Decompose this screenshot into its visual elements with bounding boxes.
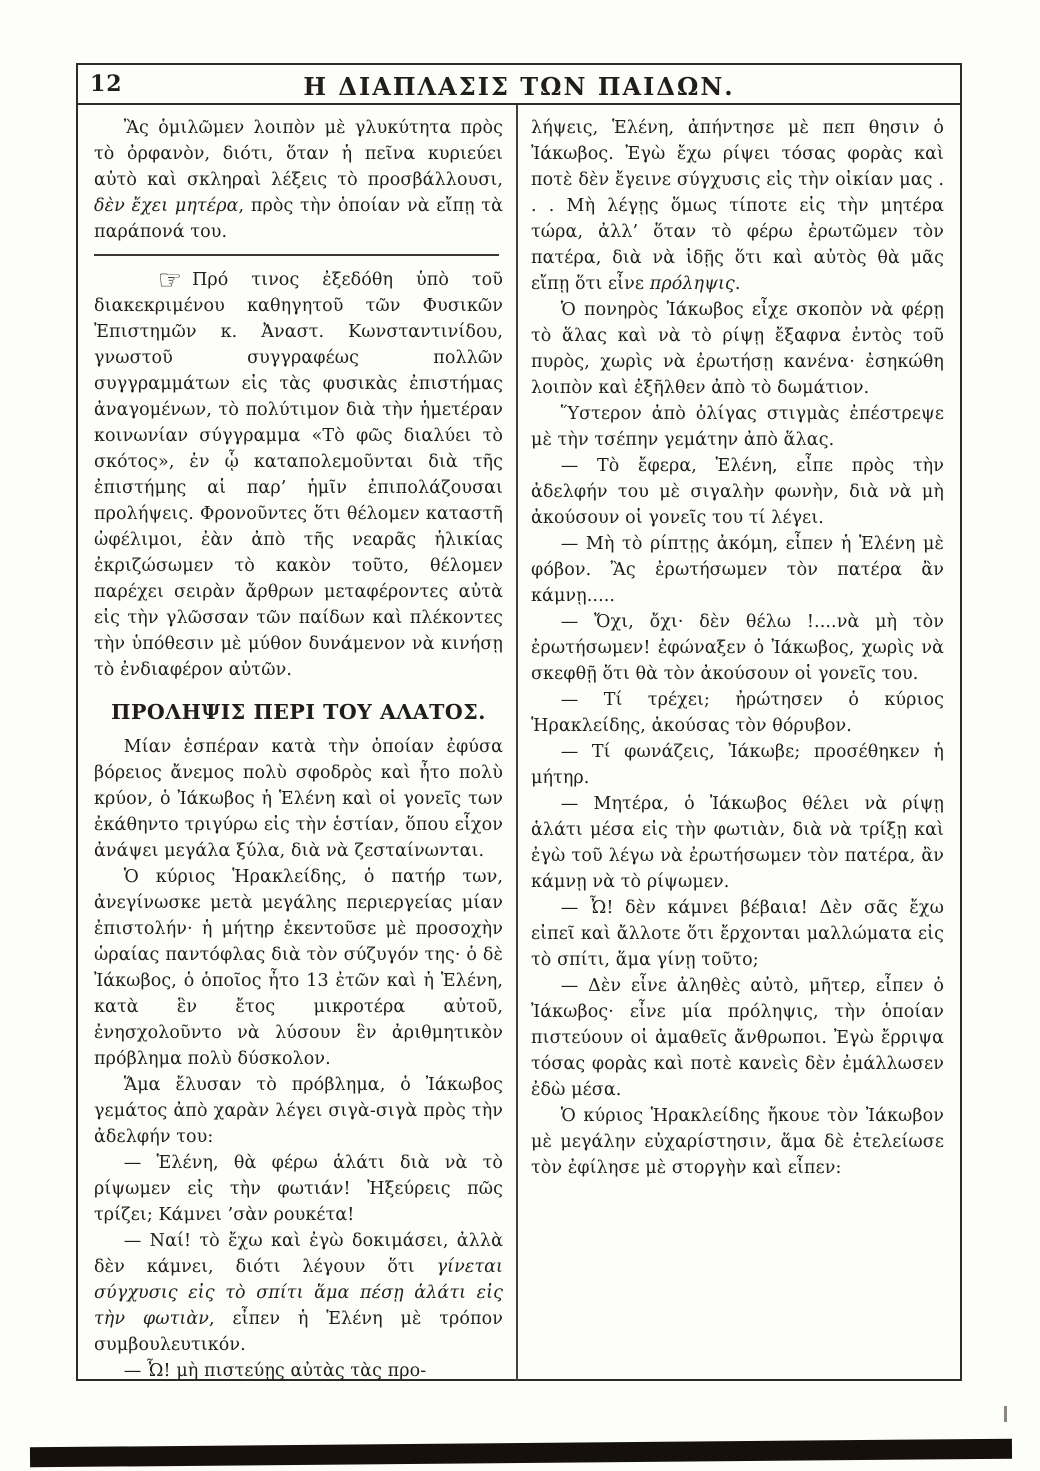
notice-text: Πρό τινος ἐξεδόθη ὑπὸ τοῦ διακεκριμένου … — [94, 270, 503, 680]
scan-artifact-bar — [30, 1439, 1012, 1468]
page-frame: 12 Η ΔΙΑΠΛΑΣΙΣ ΤΩΝ ΠΑΙΔΩΝ. Ἂς ὁμιλῶμεν λ… — [76, 63, 962, 1381]
publication-notice: ☞Πρό τινος ἐξεδόθη ὑπὸ τοῦ διακεκριμένου… — [94, 267, 503, 683]
dialogue-line: — Τί τρέχει; ἠρώτησεν ὁ κύριος Ἡρακλείδη… — [531, 687, 944, 739]
right-column: λήψεις, Ἑλένη, ἀπήντησε μὲ πεπ θησιν ὁ Ἰ… — [518, 105, 960, 1381]
dialogue-line: — Μὴ τὸ ρίπτῃς ἀκόμη, εἶπεν ἡ Ἑλένη μὲ φ… — [531, 531, 944, 609]
masthead-title: Η ΔΙΑΠΛΑΣΙΣ ΤΩΝ ΠΑΙΔΩΝ. — [78, 65, 960, 101]
text-columns: Ἂς ὁμιλῶμεν λοιπὸν μὲ γλυκύτητα πρὸς τὸ … — [78, 105, 960, 1381]
scanned-page: 12 Η ΔΙΑΠΛΑΣΙΣ ΤΩΝ ΠΑΙΔΩΝ. Ἂς ὁμιλῶμεν λ… — [0, 0, 1040, 1471]
dialogue-line: — Ναί! τὸ ἔχω καὶ ἐγὼ δοκιμάσει, ἀλλὰ δὲ… — [94, 1228, 503, 1358]
continuation-paragraph: λήψεις, Ἑλένη, ἀπήντησε μὲ πεπ θησιν ὁ Ἰ… — [531, 115, 944, 297]
paragraph-text: Ἂς ὁμιλῶμεν λοιπὸν μὲ γλυκύτητα πρὸς τὸ … — [94, 118, 503, 190]
paragraph-text: λήψεις, Ἑλένη, ἀπήντησε μὲ πεπ θησιν ὁ Ἰ… — [531, 118, 944, 294]
dialogue-line: — Ὦ! δὲν κάμνει βέβαια! Δὲν σᾶς ἔχω εἰπε… — [531, 895, 944, 973]
story-paragraph: Μίαν ἑσπέραν κατὰ τὴν ὁποίαν ἐφύσα βόρει… — [94, 734, 503, 864]
emphasized-text: πρόληψις — [650, 274, 735, 294]
intro-paragraph: Ἂς ὁμιλῶμεν λοιπὸν μὲ γλυκύτητα πρὸς τὸ … — [94, 115, 503, 245]
dialogue-line: — Μητέρα, ὁ Ἰάκωβος θέλει νὰ ρίψῃ ἁλάτι … — [531, 791, 944, 895]
story-paragraph: Ἅμα ἔλυσαν τὸ πρόβλημα, ὁ Ἰάκωβος γεμάτο… — [94, 1072, 503, 1150]
scan-artifact-tick — [1004, 1406, 1007, 1422]
dialogue-line: — Δὲν εἶνε ἀληθὲς αὐτὸ, μῆτερ, εἶπεν ὁ Ἰ… — [531, 973, 944, 1103]
dialogue-line: — Ὄχι, ὄχι· δὲν θέλω !....νὰ μὴ τὸν ἐρωτ… — [531, 609, 944, 687]
story-paragraph: Ὁ κύριος Ἡρακλείδης, ὁ πατήρ των, ἀνεγίν… — [94, 864, 503, 1072]
dialogue-line: — Ἑλένη, θὰ φέρω ἁλάτι διὰ νὰ τὸ ρίψωμεν… — [94, 1150, 503, 1228]
section-divider-rule — [94, 254, 499, 256]
story-paragraph: Ὁ κύριος Ἡρακλείδης ἤκουε τὸν Ἰάκωβον μὲ… — [531, 1103, 944, 1181]
page-header: 12 Η ΔΙΑΠΛΑΣΙΣ ΤΩΝ ΠΑΙΔΩΝ. — [78, 65, 960, 105]
page-number: 12 — [90, 71, 123, 97]
dialogue-line: — Τὸ ἔφερα, Ἑλένη, εἶπε πρὸς τὴν ἀδελφήν… — [531, 453, 944, 531]
dialogue-line: — Τί φωνάζεις, Ἰάκωβε; προσέθηκεν ἡ μήτη… — [531, 739, 944, 791]
section-heading: ΠΡΟΛΗΨΙΣ ΠΕΡΙ ΤΟΥ ΑΛΑΤΟΣ. — [94, 700, 503, 724]
left-column: Ἂς ὁμιλῶμεν λοιπὸν μὲ γλυκύτητα πρὸς τὸ … — [78, 105, 516, 1381]
story-paragraph: Ὕστερον ἀπὸ ὀλίγας στιγμὰς ἐπέστρεψε μὲ … — [531, 401, 944, 453]
emphasized-text: δὲν ἔχει μητέρα — [94, 196, 239, 216]
dialogue-line: — Ὦ! μὴ πιστεύῃς αὐτὰς τὰς προ- — [94, 1358, 503, 1381]
paragraph-text: . — [735, 274, 741, 294]
manicule-icon: ☞ — [158, 265, 182, 296]
story-paragraph: Ὁ πονηρὸς Ἰάκωβος εἶχε σκοπὸν νὰ φέρῃ τὸ… — [531, 297, 944, 401]
